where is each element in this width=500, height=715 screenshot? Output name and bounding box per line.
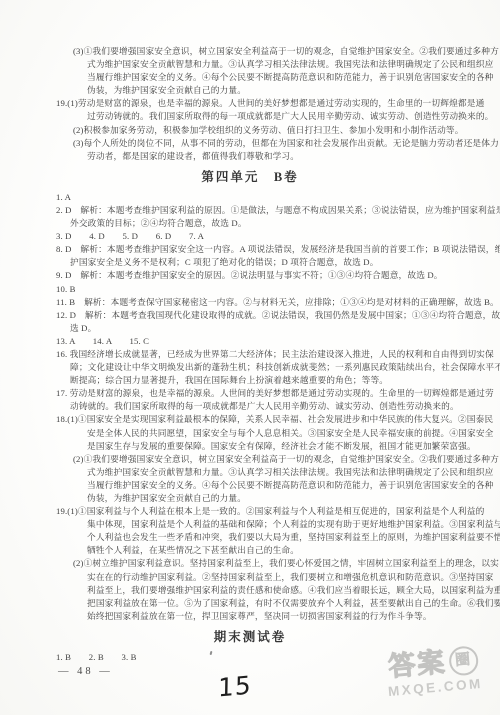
answer-text-line: 8. D 解析：本题考查维护国家安全这一内容。A 项说法错误，发展经济是我国当前… bbox=[0, 243, 500, 256]
answer-text-line: 个人利益也会发生一些矛盾和冲突，我们要以大局为重，坚持国家利益至上的原则，为维护… bbox=[0, 531, 500, 544]
answer-text-line: 当履行维护国家安全的义务。④每个公民要不断提高防范意识和防范能力，善于识别危害国… bbox=[0, 71, 500, 84]
answer-text-line: (2)积极参加家务劳动，积极参加学校组织的义务劳动、值日打扫卫生、参加小发明和小… bbox=[0, 124, 500, 137]
page-number: — 48 — bbox=[58, 666, 113, 677]
answer-text-line: 当履行维护国家安全的义务。④每个公民要不断提高防范意识和防范能力，善于识别危害国… bbox=[0, 479, 500, 492]
answer-text-line: 19.(1)劳动是财富的源泉，也是幸福的源泉。人世间的美好梦想都是通过劳动实现的… bbox=[0, 97, 500, 110]
content-blocks: (3)①我们要增强国家安全意识，树立国家安全利益高于一切的观念，自觉维护国家安全… bbox=[0, 45, 500, 664]
answer-text-line: (3)每个人所处的岗位不同，从事不同的劳动，但都在为国家和社会发展作出贡献。无论… bbox=[0, 137, 500, 150]
answer-text-line: 13. A 14. A 15. C bbox=[0, 335, 500, 348]
answer-text-line: 外交政策的目标；②④均符合题意，故选 D。 bbox=[0, 217, 500, 230]
answer-text-line: (2)①我们要增强国家安全意识，树立国家安全利益高于一切的观念，自觉维护国家安全… bbox=[0, 453, 500, 466]
answer-text-line: 2. D 解析：本题考查维护国家利益的原因。①是做法，与题意不构成因果关系；③说… bbox=[0, 204, 500, 217]
answer-text-line: 伪装，为维护国家安全贡献自己的力量。 bbox=[0, 492, 500, 505]
answer-text-line: 式为维护国家安全贡献智慧和力量。③认真学习相关法律法规。我国宪法和法律明确规定了… bbox=[0, 58, 500, 71]
answer-text-line: 9. D 解析：本题考查维护国家安全的原因。②说法明显与事实不符；①③④均符合题… bbox=[0, 269, 500, 282]
answer-text-line: 16. 我国经济增长成就显著，已经成为世界第二大经济体；民主法治建设深入推进，人… bbox=[0, 348, 500, 361]
answer-text-line: 实在在的行动维护国家利益。②坚持国家利益至上，我们要树立和增强危机意识和防范意识… bbox=[0, 571, 500, 584]
answer-text-line: 利益至上，我们要增强维护国家利益的责任感和使命感。④我们应当着眼长远，顾全大局，… bbox=[0, 584, 500, 597]
answer-text-line: 1. A bbox=[0, 191, 500, 204]
answer-text-line: 劳动者，都是国家的建设者，都值得我们尊敬和学习。 bbox=[0, 150, 500, 163]
answer-text-line: 19.(1)①国家利益与个人利益在根本上是一致的。②国家利益与个人利益是相互促进… bbox=[0, 505, 500, 518]
handwritten-mark: 15 bbox=[218, 670, 252, 702]
answer-text-line: 10. B bbox=[0, 283, 500, 296]
answer-text-line: 安是全体人民的共同愿望，国家安全与每个人息息相关。③国家安全是人民幸福安康的前提… bbox=[0, 427, 500, 440]
answer-text-line: 11. B 解析：本题考查保守国家秘密这一内容。②与材料无关，应排除；①③④均是… bbox=[0, 296, 500, 309]
answer-text-line: 动铸就的。我们国家所取得的每一项成就都是广大人民用辛勤劳动、诚实劳动、创造性劳动… bbox=[0, 400, 500, 413]
section-header: 期末测试卷 bbox=[0, 630, 500, 645]
answer-text-line: 12. D 解析：本题考查我国现代化建设取得的成就。②说法错误，我国仍然是发展中… bbox=[0, 309, 500, 322]
answer-text-line: 1. B 2. B 3. B bbox=[0, 651, 500, 664]
answer-text-line: 式为维护国家安全贡献智慧和力量。③认真学习相关法律法规。我国宪法和法律明确规定了… bbox=[0, 466, 500, 479]
watermark-site: MXQE.COM bbox=[371, 674, 500, 700]
section-header: 第四单元 B卷 bbox=[0, 170, 500, 185]
answer-text-line: 是国家生存与发展的重要保障。国家安全有保障，经济社会才能不断发展，祖国才能更加繁… bbox=[0, 440, 500, 453]
answer-text-line: 护国家安全是义务不是权利；C 项犯了绝对化的错误；D 项符合题意，故选 D。 bbox=[0, 256, 500, 269]
answer-text-line: 始终把国家利益放在第一位，捍卫国家尊严，坚决同一切损害国家利益的行为作斗争等。 bbox=[0, 610, 500, 623]
answer-text-line: 过劳动铸就的。我们国家所取得的每一项成就都是广大人民用辛勤劳动、诚实劳动、创造性… bbox=[0, 110, 500, 123]
answer-text-line: 选 D。 bbox=[0, 322, 500, 335]
answer-text-line: 断提高；综合国力显著提升，我国在国际舞台上扮演着越来越重要的角色；等等。 bbox=[0, 374, 500, 387]
scanned-answer-page: (3)①我们要增强国家安全意识，树立国家安全利益高于一切的观念，自觉维护国家安全… bbox=[0, 0, 500, 715]
answer-text-line: 17. 劳动是财富的源泉，也是幸福的源泉。人世间的美好梦想都是通过劳动实现的。生… bbox=[0, 387, 500, 400]
answer-text-line: 障；文化建设让中华文明焕发出新的蓬勃生机；科技创新成就斐然；一系列惠民政策陆续出… bbox=[0, 361, 500, 374]
answer-text-line: 集中体现，国家利益是个人利益的基础和保障；个人利益的实现有助于更好地维护国家利益… bbox=[0, 518, 500, 531]
answer-text-line: (3)①我们要增强国家安全意识，树立国家安全利益高于一切的观念，自觉维护国家安全… bbox=[0, 45, 500, 58]
answer-text-line: 3. D 4. D 5. D 6. D 7. A bbox=[0, 230, 500, 243]
answer-text-line: (2)①树立维护国家利益意识。坚持国家利益至上，我们要心怀爱国之情，牢固树立国家… bbox=[0, 557, 500, 570]
answer-text-line: 18.(1)①国家安全是实现国家利益最根本的保障，关系人民幸福、社会发展进步和中… bbox=[0, 413, 500, 426]
answer-text-line: 牺牲个人利益，在某些情况之下甚至献出自己的生命。 bbox=[0, 544, 500, 557]
answer-text-line: 把国家利益放在第一位。⑤为了国家利益，有时不仅需要放弃个人利益，甚至要献出自己的… bbox=[0, 597, 500, 610]
answer-text-line: 伪装，为维护国家安全贡献自己的力量。 bbox=[0, 84, 500, 97]
